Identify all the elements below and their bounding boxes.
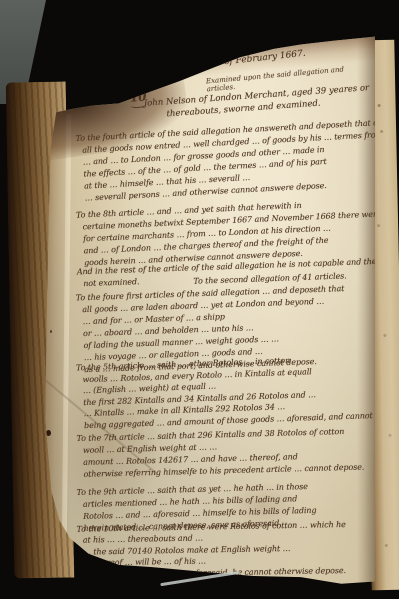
folio-mark: 4 54 [90, 83, 110, 94]
paragraph-article-7: To the 7th article … saith that 296 Kint… [82, 425, 379, 481]
ink-showthrough [378, 104, 381, 107]
manuscript-photograph: 4 54 10 The 6th of February 1667. Examin… [0, 0, 399, 599]
table-object-highlight [160, 571, 239, 586]
ink-blot [50, 330, 52, 333]
paragraph-article-5: To the 5th article … saith … other Rotol… [82, 352, 380, 432]
ink-blot [46, 430, 51, 436]
manuscript-page: 4 54 10 The 6th of February 1667. Examin… [38, 30, 375, 586]
paragraph-article-4: To the fourth article of the said allega… [81, 117, 378, 204]
